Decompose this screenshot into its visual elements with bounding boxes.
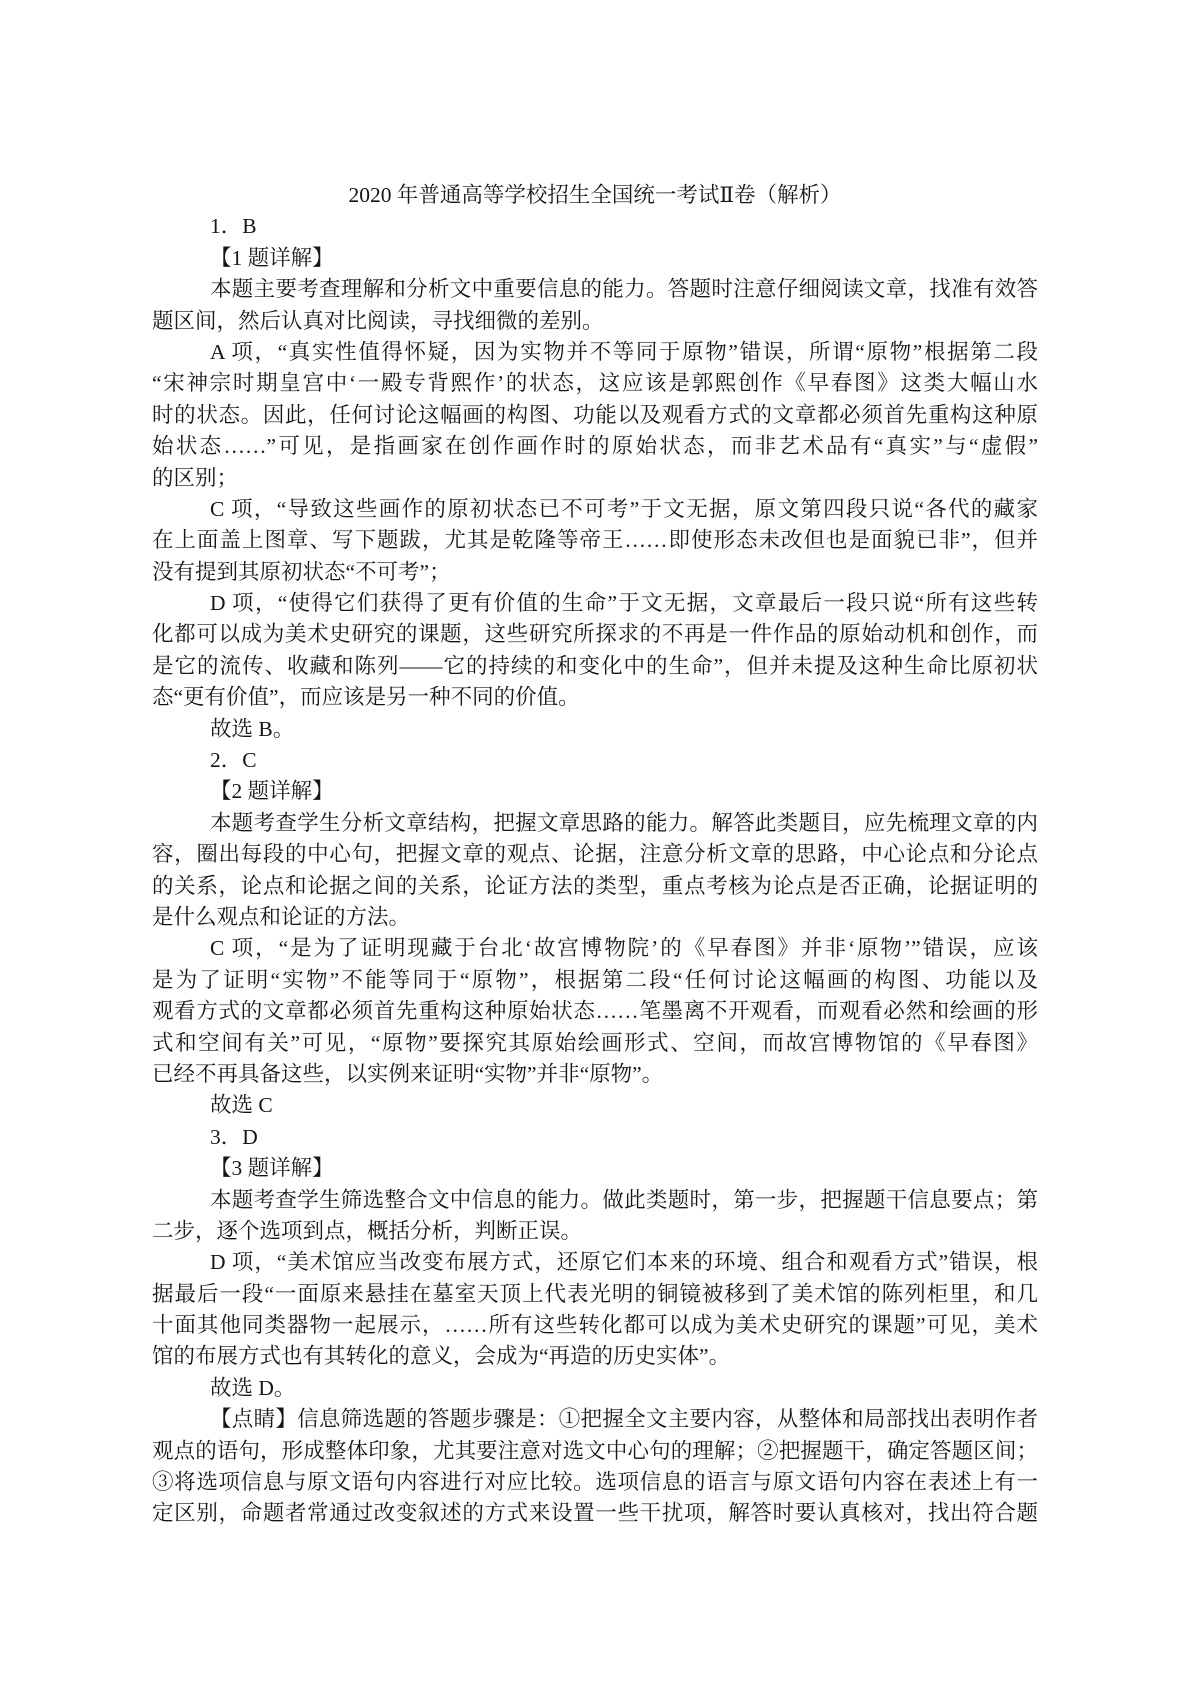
text-line: 是为了证明“实物”不能等同于“原物”，根据第二段“任何讨论这幅画的构图、功能以及 xyxy=(152,965,1038,996)
text-line: 本题考查学生分析文章结构，把握文章思路的能力。解答此类题目，应先梳理文章的内 xyxy=(152,808,1038,839)
text-line: 【点睛】信息筛选题的答题步骤是：①把握全文主要内容，从整体和局部找出表明作者 xyxy=(152,1404,1038,1435)
text-line: 没有提到其原初状态“不可考”； xyxy=(152,557,1038,588)
text-line: 态“更有价值”，而应该是另一种不同的价值。 xyxy=(152,682,1038,713)
text-line: “宋神宗时期皇宫中‘一殿专背熙作’的状态，这应该是郭熙创作《早春图》这类大幅山水 xyxy=(152,368,1038,399)
text-line: 在上面盖上图章、写下题跋，尤其是乾隆等帝王……即使形态未改但也是面貌已非”，但并 xyxy=(152,525,1038,556)
text-line: 【3 题详解】 xyxy=(152,1153,1038,1184)
text-line: 始状态……”可见，是指画家在创作画作时的原始状态，而非艺术品有“真实”与“虚假” xyxy=(152,431,1038,462)
text-line: 题区间，然后认真对比阅读，寻找细微的差别。 xyxy=(152,306,1038,337)
text-line: 故选 D。 xyxy=(152,1373,1038,1404)
text-line: C 项，“是为了证明现藏于台北‘故宫博物院’的《早春图》并非‘原物’”错误，应该 xyxy=(152,933,1038,964)
text-line: 3．D xyxy=(152,1122,1038,1153)
text-line: 故选 B。 xyxy=(152,714,1038,745)
text-line: 的区别； xyxy=(152,463,1038,494)
text-line: A 项，“真实性值得怀疑，因为实物并不等同于原物”错误，所谓“原物”根据第二段 xyxy=(152,337,1038,368)
text-line: 的关系，论点和论据之间的关系，论证方法的类型，重点考核为论点是否正确，论据证明的 xyxy=(152,871,1038,902)
document-page: 2020 年普通高等学校招生全国统一考试Ⅱ卷（解析） 1．B【1 题详解】本题主… xyxy=(152,180,1038,1530)
text-line: 观点的语句，形成整体印象，尤其要注意对选文中心句的理解；②把握题干，确定答题区间… xyxy=(152,1436,1038,1467)
text-line: ③将选项信息与原文语句内容进行对应比较。选项信息的语言与原文语句内容在表述上有一 xyxy=(152,1467,1038,1498)
text-line: 时的状态。因此，任何讨论这幅画的构图、功能以及观看方式的文章都必须首先重构这种原 xyxy=(152,400,1038,431)
text-line: 观看方式的文章都必须首先重构这种原始状态……笔墨离不开观看，而观看必然和绘画的形 xyxy=(152,996,1038,1027)
text-line: 据最后一段“一面原来悬挂在墓室天顶上代表光明的铜镜被移到了美术馆的陈列柜里，和几 xyxy=(152,1279,1038,1310)
text-line: D 项，“使得它们获得了更有价值的生命”于文无据，文章最后一段只说“所有这些转 xyxy=(152,588,1038,619)
document-title: 2020 年普通高等学校招生全国统一考试Ⅱ卷（解析） xyxy=(152,180,1038,211)
document-body: 1．B【1 题详解】本题主要考查理解和分析文中重要信息的能力。答题时注意仔细阅读… xyxy=(152,211,1038,1529)
text-line: 馆的布展方式也有其转化的意义，会成为“再造的历史实体”。 xyxy=(152,1341,1038,1372)
text-line: 本题考查学生筛选整合文中信息的能力。做此类题时，第一步，把握题干信息要点；第 xyxy=(152,1185,1038,1216)
text-line: 容，圈出每段的中心句，把握文章的观点、论据，注意分析文章的思路，中心论点和分论点 xyxy=(152,839,1038,870)
text-line: 式和空间有关”可见，“原物”要探究其原始绘画形式、空间，而故宫博物馆的《早春图》 xyxy=(152,1028,1038,1059)
text-line: C 项，“导致这些画作的原初状态已不可考”于文无据，原文第四段只说“各代的藏家 xyxy=(152,494,1038,525)
text-line: 是它的流传、收藏和陈列——它的持续的和变化中的生命”，但并未提及这种生命比原初状 xyxy=(152,651,1038,682)
text-line: 【1 题详解】 xyxy=(152,243,1038,274)
text-line: 是什么观点和论证的方法。 xyxy=(152,902,1038,933)
text-line: 十面其他同类器物一起展示，……所有这些转化都可以成为美术史研究的课题”可见，美术 xyxy=(152,1310,1038,1341)
text-line: 已经不再具备这些，以实例来证明“实物”并非“原物”。 xyxy=(152,1059,1038,1090)
text-line: D 项，“美术馆应当改变布展方式，还原它们本来的环境、组合和观看方式”错误，根 xyxy=(152,1247,1038,1278)
text-line: 化都可以成为美术史研究的课题，这些研究所探求的不再是一件作品的原始动机和创作，而 xyxy=(152,619,1038,650)
text-line: 本题主要考查理解和分析文中重要信息的能力。答题时注意仔细阅读文章，找准有效答 xyxy=(152,274,1038,305)
text-line: 【2 题详解】 xyxy=(152,776,1038,807)
text-line: 1．B xyxy=(152,211,1038,242)
text-line: 2．C xyxy=(152,745,1038,776)
text-line: 定区别，命题者常通过改变叙述的方式来设置一些干扰项，解答时要认真核对，找出符合题 xyxy=(152,1498,1038,1529)
text-line: 二步，逐个选项到点，概括分析，判断正误。 xyxy=(152,1216,1038,1247)
text-line: 故选 C xyxy=(152,1090,1038,1121)
